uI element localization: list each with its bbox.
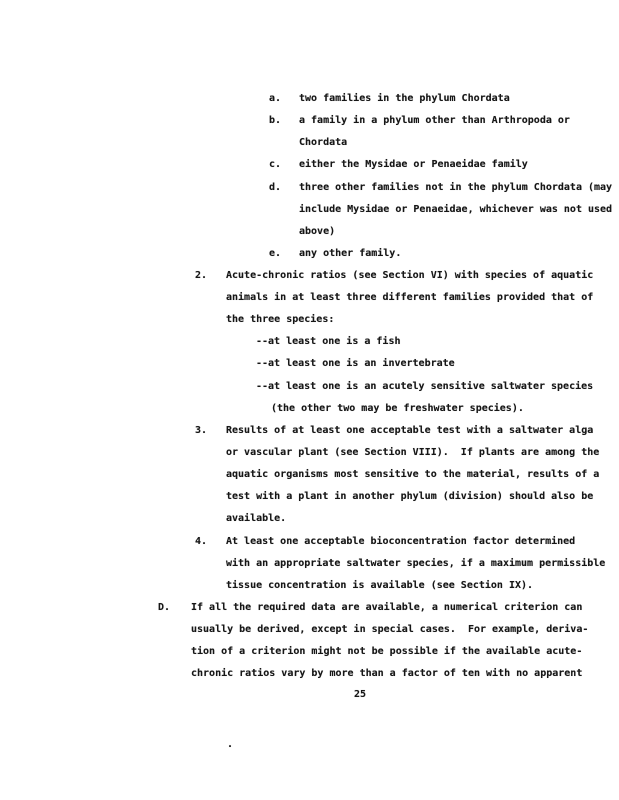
line-text: a family in a phylum other than Arthropo… bbox=[299, 114, 570, 128]
text-line: animals in at least three different fami… bbox=[0, 291, 619, 306]
text-line: available. bbox=[0, 512, 619, 527]
list-item-label: 3. bbox=[195, 424, 207, 438]
list-item-label: b. bbox=[269, 114, 281, 128]
text-line: D.If all the required data are available… bbox=[0, 601, 619, 616]
text-line: 2.Acute-chronic ratios (see Section VI) … bbox=[0, 269, 619, 284]
line-text: with an appropriate saltwater species, i… bbox=[226, 557, 605, 571]
list-item-label: 2. bbox=[195, 269, 207, 283]
text-line: Chordata bbox=[0, 136, 619, 151]
text-line: --at least one is an acutely sensitive s… bbox=[0, 380, 619, 395]
scan-artifact-dot: . bbox=[0, 738, 619, 753]
text-line: above) bbox=[0, 225, 619, 240]
list-item-label: d. bbox=[269, 181, 281, 195]
text-line: aquatic organisms most sensitive to the … bbox=[0, 468, 619, 483]
text-line: b.a family in a phylum other than Arthro… bbox=[0, 114, 619, 129]
text-line: 4.At least one acceptable bioconcentrati… bbox=[0, 535, 619, 550]
line-text: tissue concentration is available (see S… bbox=[226, 579, 533, 593]
line-text: above) bbox=[299, 225, 335, 239]
text-line: d.three other families not in the phylum… bbox=[0, 181, 619, 196]
line-text: chronic ratios vary by more than a facto… bbox=[191, 667, 582, 681]
line-text: the three species: bbox=[226, 313, 334, 327]
line-text: usually be derived, except in special ca… bbox=[191, 623, 588, 637]
text-line: (the other two may be freshwater species… bbox=[0, 402, 619, 417]
line-text: Acute-chronic ratios (see Section VI) wi… bbox=[226, 269, 593, 283]
document-page: a.two families in the phylum Chordata b.… bbox=[0, 0, 619, 800]
text-line: the three species: bbox=[0, 313, 619, 328]
text-line: chronic ratios vary by more than a facto… bbox=[0, 667, 619, 682]
line-text: any other family. bbox=[299, 247, 401, 261]
line-text: test with a plant in another phylum (div… bbox=[226, 490, 593, 504]
text-line: test with a plant in another phylum (div… bbox=[0, 490, 619, 505]
list-item-label: 4. bbox=[195, 535, 207, 549]
page-number: 25 bbox=[0, 688, 619, 703]
line-text: If all the required data are available, … bbox=[191, 601, 582, 615]
text-line: c.either the Mysidae or Penaeidae family bbox=[0, 158, 619, 173]
line-text: Chordata bbox=[299, 136, 347, 150]
text-line: --at least one is an invertebrate bbox=[0, 357, 619, 372]
text-line: e.any other family. bbox=[0, 247, 619, 262]
line-text: (the other two may be freshwater species… bbox=[271, 402, 524, 416]
page-number-text: 25 bbox=[354, 688, 366, 702]
list-item-label: c. bbox=[269, 158, 281, 172]
text-line: or vascular plant (see Section VIII). If… bbox=[0, 446, 619, 461]
text-line: with an appropriate saltwater species, i… bbox=[0, 557, 619, 572]
line-text: --at least one is a fish bbox=[256, 335, 401, 349]
text-line: tissue concentration is available (see S… bbox=[0, 579, 619, 594]
line-text: --at least one is an invertebrate bbox=[256, 357, 455, 371]
text-line: 3.Results of at least one acceptable tes… bbox=[0, 424, 619, 439]
line-text: include Mysidae or Penaeidae, whichever … bbox=[299, 203, 612, 217]
text-line: usually be derived, except in special ca… bbox=[0, 623, 619, 638]
list-item-label: a. bbox=[269, 92, 281, 106]
line-text: At least one acceptable bioconcentration… bbox=[226, 535, 575, 549]
scan-artifact-text: . bbox=[227, 738, 233, 752]
line-text: --at least one is an acutely sensitive s… bbox=[256, 380, 593, 394]
text-line: --at least one is a fish bbox=[0, 335, 619, 350]
list-item-label: e. bbox=[269, 247, 281, 261]
line-text: or vascular plant (see Section VIII). If… bbox=[226, 446, 599, 460]
line-text: tion of a criterion might not be possibl… bbox=[191, 645, 582, 659]
line-text: three other families not in the phylum C… bbox=[299, 181, 612, 195]
line-text: animals in at least three different fami… bbox=[226, 291, 593, 305]
text-line: include Mysidae or Penaeidae, whichever … bbox=[0, 203, 619, 218]
line-text: Results of at least one acceptable test … bbox=[226, 424, 593, 438]
line-text: two families in the phylum Chordata bbox=[299, 92, 510, 106]
text-line: tion of a criterion might not be possibl… bbox=[0, 645, 619, 660]
line-text: aquatic organisms most sensitive to the … bbox=[226, 468, 599, 482]
text-line: a.two families in the phylum Chordata bbox=[0, 92, 619, 107]
line-text: available. bbox=[226, 512, 286, 526]
section-label: D. bbox=[158, 601, 170, 615]
line-text: either the Mysidae or Penaeidae family bbox=[299, 158, 528, 172]
